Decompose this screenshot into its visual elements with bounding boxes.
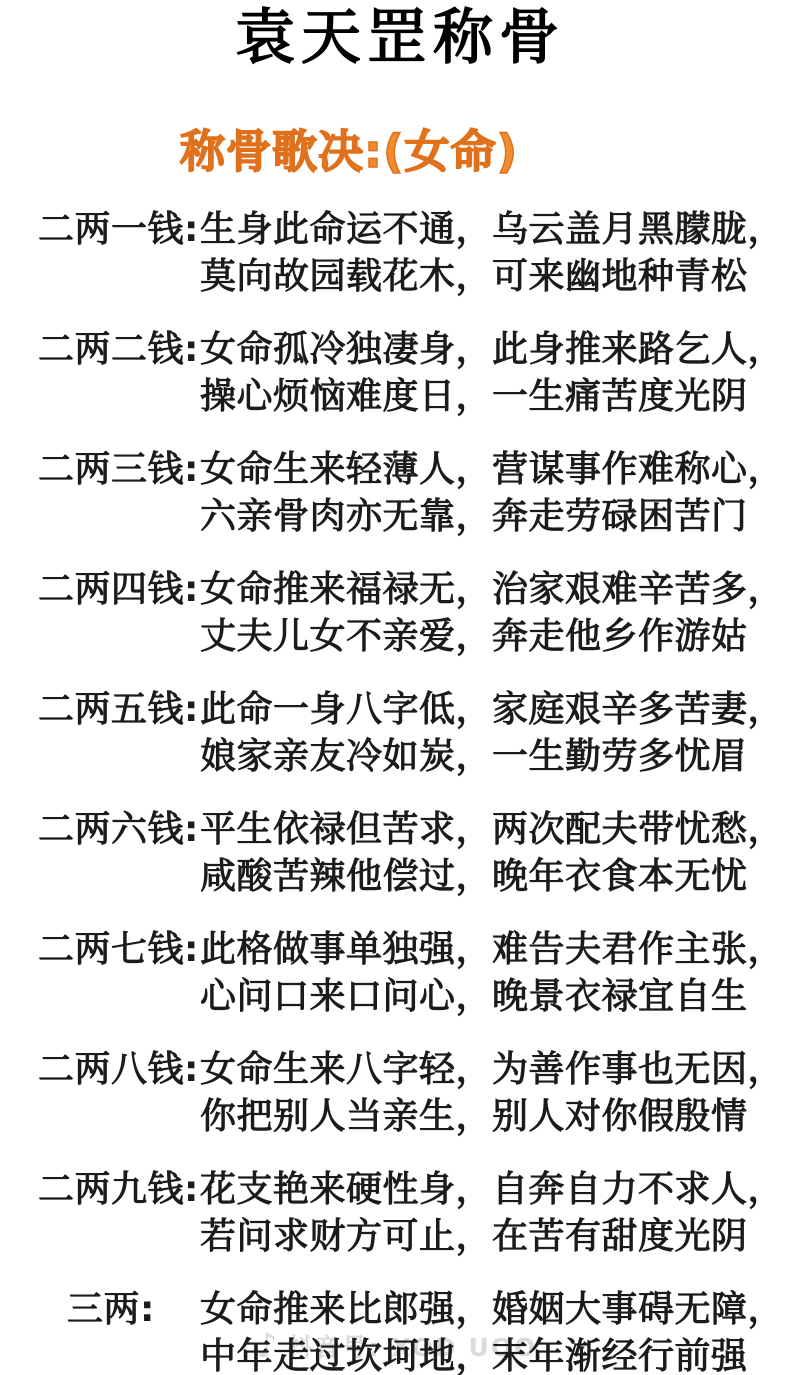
weight-label: 二两四钱: <box>38 566 184 613</box>
verse-line-1: 花支艳来硬性身，自奔自力不求人， <box>200 1166 784 1213</box>
verse-line-1: 女命推来比郎强，婚姻大事碍无障， <box>200 1286 784 1333</box>
verse-line-1: 此命一身八字低，家庭艰辛多苦妻， <box>200 686 784 733</box>
entry-row: 二两二钱: 女命孤冷独凄身，此身推来路乞人， 操心烦恼难度日，一生痛苦度光阴 <box>38 326 800 420</box>
verse: 平生依禄但苦求，两次配夫带忧愁， 咸酸苦辣他偿过，晚年衣食本无忧 <box>200 806 784 900</box>
entry-row: 二两九钱: 花支艳来硬性身，自奔自力不求人， 若问求财方可止，在苦有甜度光阴 <box>38 1166 800 1260</box>
verse-line-1: 女命生来八字轻，为善作事也无因， <box>200 1046 784 1093</box>
weight-label: 二两九钱: <box>38 1166 184 1213</box>
weight-label: 二两一钱: <box>38 206 184 253</box>
verse-line-2: 心问口来口问心，晚景衣禄宜自生 <box>200 973 784 1020</box>
entry-row: 三两: 女命推来比郎强，婚姻大事碍无障， 中年走过坎坷地，末年渐经行前强 <box>38 1286 800 1375</box>
verse: 此命一身八字低，家庭艰辛多苦妻， 娘家亲友冷如炭，一生勤劳多忧眉 <box>200 686 784 780</box>
section-subtitle: 称骨歌决:(女命) <box>180 126 800 178</box>
verse: 花支艳来硬性身，自奔自力不求人， 若问求财方可止，在苦有甜度光阴 <box>200 1166 784 1260</box>
weight-label: 二两六钱: <box>38 806 184 853</box>
entries-list: 二两一钱: 生身此命运不通，乌云盖月黑朦胧， 莫向故园载花木，可来幽地种青松 二… <box>0 206 800 1375</box>
verse-line-2: 中年走过坎坷地，末年渐经行前强 <box>200 1333 784 1375</box>
verse-line-2: 丈夫儿女不亲爱，奔走他乡作游姑 <box>200 613 784 660</box>
weight-label: 二两七钱: <box>38 926 184 973</box>
verse-line-2: 若问求财方可止，在苦有甜度光阴 <box>200 1213 784 1260</box>
verse-line-2: 你把别人当亲生，别人对你假殷情 <box>200 1093 784 1140</box>
verse-line-2: 操心烦恼难度日，一生痛苦度光阴 <box>200 373 784 420</box>
weight-label: 二两五钱: <box>38 686 184 733</box>
verse-line-2: 六亲骨肉亦无靠，奔走劳碌困苦门 <box>200 493 784 540</box>
verse: 生身此命运不通，乌云盖月黑朦胧， 莫向故园载花木，可来幽地种青松 <box>200 206 784 300</box>
verse-line-2: 莫向故园载花木，可来幽地种青松 <box>200 253 784 300</box>
entry-row: 二两八钱: 女命生来八字轻，为善作事也无因， 你把别人当亲生，别人对你假殷情 <box>38 1046 800 1140</box>
verse: 女命推来比郎强，婚姻大事碍无障， 中年走过坎坷地，末年渐经行前强 <box>200 1286 784 1375</box>
verse-line-1: 生身此命运不通，乌云盖月黑朦胧， <box>200 206 784 253</box>
verse-line-1: 女命孤冷独凄身，此身推来路乞人， <box>200 326 784 373</box>
entry-row: 二两一钱: 生身此命运不通，乌云盖月黑朦胧， 莫向故园载花木，可来幽地种青松 <box>38 206 800 300</box>
verse: 女命生来轻薄人，营谋事作难称心， 六亲骨肉亦无靠，奔走劳碌困苦门 <box>200 446 784 540</box>
entry-row: 二两五钱: 此命一身八字低，家庭艰辛多苦妻， 娘家亲友冷如炭，一生勤劳多忧眉 <box>38 686 800 780</box>
verse: 女命孤冷独凄身，此身推来路乞人， 操心烦恼难度日，一生痛苦度光阴 <box>200 326 784 420</box>
verse-line-1: 平生依禄但苦求，两次配夫带忧愁， <box>200 806 784 853</box>
weight-label: 二两二钱: <box>38 326 184 373</box>
entry-row: 二两六钱: 平生依禄但苦求，两次配夫带忧愁， 咸酸苦辣他偿过，晚年衣食本无忧 <box>38 806 800 900</box>
entry-row: 二两三钱: 女命生来轻薄人，营谋事作难称心， 六亲骨肉亦无靠，奔走劳碌困苦门 <box>38 446 800 540</box>
verse-line-1: 此格做事单独强，难告夫君作主张， <box>200 926 784 973</box>
verse: 女命生来八字轻，为善作事也无因， 你把别人当亲生，别人对你假殷情 <box>200 1046 784 1140</box>
verse-line-2: 娘家亲友冷如炭，一生勤劳多忧眉 <box>200 733 784 780</box>
verse-line-1: 女命生来轻薄人，营谋事作难称心， <box>200 446 784 493</box>
verse-line-1: 女命推来福禄无，治家艰难辛苦多， <box>200 566 784 613</box>
weight-label: 三两: <box>38 1286 184 1333</box>
entry-row: 二两四钱: 女命推来福禄无，治家艰难辛苦多， 丈夫儿女不亲爱，奔走他乡作游姑 <box>38 566 800 660</box>
weight-label: 二两八钱: <box>38 1046 184 1093</box>
verse: 此格做事单独强，难告夫君作主张， 心问口来口问心，晚景衣禄宜自生 <box>200 926 784 1020</box>
verse: 女命推来福禄无，治家艰难辛苦多， 丈夫儿女不亲爱，奔走他乡作游姑 <box>200 566 784 660</box>
entry-row: 二两七钱: 此格做事单独强，难告夫君作主张， 心问口来口问心，晚景衣禄宜自生 <box>38 926 800 1020</box>
verse-line-2: 咸酸苦辣他偿过，晚年衣食本无忧 <box>200 853 784 900</box>
weight-label: 二两三钱: <box>38 446 184 493</box>
page-title: 袁天罡称骨 <box>0 0 800 70</box>
